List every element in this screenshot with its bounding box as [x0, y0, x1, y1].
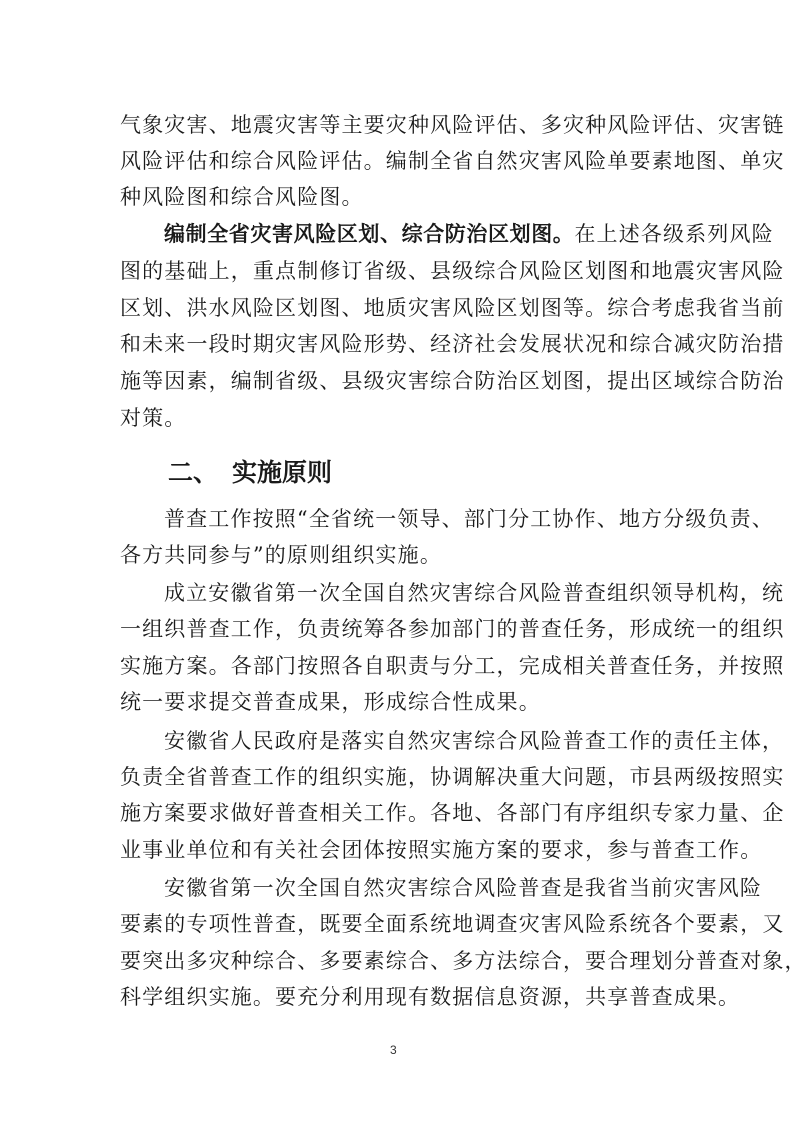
section-title: 实施原则 [232, 458, 332, 487]
text-line: 编制全省灾害风险区划、综合防治区划图。在上述各级系列风险 [164, 222, 774, 246]
text-line: 图的基础上，重点制修订省级、县级综合风险区划图和地震灾害风险 [120, 259, 785, 283]
text-line: 科学组织实施。要充分利用现有数据信息资源，共享普查成果。 [120, 985, 740, 1009]
text-line: 要素的专项性普查，既要全面系统地调查灾害风险系统各个要素，又 [120, 912, 785, 936]
text-line: 气象灾害、地震灾害等主要灾种风险评估、多灾种风险评估、灾害链 [120, 113, 785, 137]
text-line: 区划、洪水风险区划图、地质灾害风险区划图等。综合考虑我省当前 [120, 296, 785, 320]
text-line: 对策。 [120, 406, 186, 430]
text-line: 业事业单位和有关社会团体按照实施方案的要求，参与普查工作。 [120, 838, 762, 862]
text-line: 普查工作按照“全省统一领导、部门分工协作、地方分级负责、 [164, 507, 774, 531]
text-line: 负责全省普查工作的组织实施，协调解决重大问题，市县两级按照实 [120, 765, 785, 789]
section-heading: 二、实施原则 [168, 453, 332, 489]
text-line: 统一要求提交普查成果，形成综合性成果。 [120, 690, 541, 714]
text-line: 一组织普查工作，负责统筹各参加部门的普查任务，形成统一的组织 [120, 617, 785, 641]
text-line: 施等因素，编制省级、县级灾害综合防治区划图，提出区域综合防治 [120, 369, 785, 393]
text-line: 安徽省第一次全国自然灾害综合风险普查是我省当前灾害风险 [164, 876, 762, 900]
text-line: 安徽省人民政府是落实自然灾害综合风险普查工作的责任主体， [164, 729, 784, 753]
text-line: 成立安徽省第一次全国自然灾害综合风险普查组织领导机构，统 [164, 581, 784, 605]
text-line: 施方案要求做好普查相关工作。各地、各部门有序组织专家力量、企 [120, 801, 785, 825]
section-number: 二、 [168, 453, 232, 489]
bold-lead-text: 编制全省灾害风险区划、综合防治区划图。 [164, 222, 574, 246]
text-line: 风险评估和综合风险评估。编制全省自然灾害风险单要素地图、单灾 [120, 149, 785, 173]
text-line: 要突出多灾种综合、多要素综合、多方法综合，要合理划分普查对象， [120, 949, 793, 973]
text-line: 实施方案。各部门按照各自职责与分工，完成相关普查任务，并按照 [120, 654, 785, 678]
text-line: 种风险图和综合风险图。 [120, 185, 364, 209]
document-page: 气象灾害、地震灾害等主要灾种风险评估、多灾种风险评估、灾害链 风险评估和综合风险… [0, 0, 793, 1122]
page-number: 3 [390, 1043, 397, 1057]
text-run: 在上述各级系列风险 [574, 222, 773, 246]
text-line: 各方共同参与”的原则组织实施。 [120, 543, 442, 567]
text-line: 和未来一段时期灾害风险形势、经济社会发展状况和综合减灾防治措 [120, 332, 785, 356]
